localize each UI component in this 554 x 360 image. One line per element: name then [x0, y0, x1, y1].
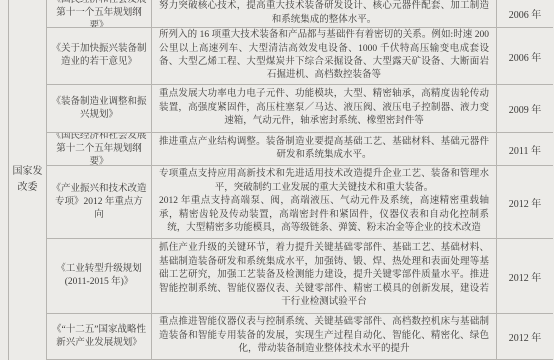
- policy-description: 专项重点支持应用高新技术和先进适用技术改造提升企业工艺、装备和管理水平，突破制约…: [151, 166, 497, 238]
- table-row: 《“十二五”国家战略性新兴产业发展规划》 重点推进智能仪器仪表与控制系统、关键基…: [47, 314, 553, 360]
- agency-cell: 国家发改委: [9, 0, 47, 360]
- description-paragraph: 重点发展大功率电力电子元件、功能模块，大型、精密轴承，高精度齿轮传动装置，高强度…: [159, 88, 489, 128]
- policy-description: 努力突破核心技术，提高重大技术装备研发设计、核心元器件配套、加工制造和系统集成的…: [151, 0, 497, 27]
- table-row: 《国民经济和社会发展第十一个五年规划纲要》 努力突破核心技术，提高重大技术装备研…: [47, 0, 553, 28]
- description-paragraph: 所列入的 16 项重大技术装备和产品都与基础件有着密切的关系。例如:时速 200…: [159, 29, 489, 83]
- description-paragraph: 抓住产业升级的关键环节，着力提升关键基础零部件、基础工艺、基础材料、基础制造装备…: [159, 242, 489, 309]
- policy-year: 2012 年: [497, 314, 553, 359]
- policy-year: 2012 年: [497, 166, 553, 238]
- table-row: 《产业振兴和技术改造专项》2012 年重点方向 专项重点支持应用高新技术和先进适…: [47, 166, 553, 239]
- policy-title: 《工业转型升级规划(2011-2015 年)》: [47, 239, 151, 313]
- policy-title: 《产业振兴和技术改造专项》2012 年重点方向: [47, 166, 151, 238]
- policy-description: 抓住产业升级的关键环节，着力提升关键基础零部件、基础工艺、基础材料、基础制造装备…: [151, 239, 497, 313]
- policy-year: 2006 年: [497, 28, 553, 84]
- policy-year: 2006 年: [497, 0, 553, 27]
- policy-description: 所列入的 16 项重大技术装备和产品都与基础件有着密切的关系。例如:时速 200…: [151, 28, 497, 84]
- policy-title: 《“十二五”国家战略性新兴产业发展规划》: [47, 314, 151, 359]
- description-paragraph: 推进重点产业结构调整。装备制造业要提高基础工艺、基础材料、基础元器件研发和系统集…: [159, 136, 489, 163]
- policy-description: 推进重点产业结构调整。装备制造业要提高基础工艺、基础材料、基础元器件研发和系统集…: [151, 133, 497, 165]
- table-row: 《装备制造业调整和振兴规划》 重点发展大功率电力电子元件、功能模块，大型、精密轴…: [47, 85, 553, 133]
- policy-title: 《关于加快振兴装备制造业的若干意见》: [47, 28, 151, 84]
- policy-table: 国家发改委 《国民经济和社会发展第十一个五年规划纲要》 努力突破核心技术，提高重…: [8, 0, 553, 360]
- description-paragraph: 专项重点支持应用高新技术和先进适用技术改造提升企业工艺、装备和管理水平，突破制约…: [159, 168, 489, 195]
- policy-title: 《装备制造业调整和振兴规划》: [47, 85, 151, 132]
- policy-rows: 《国民经济和社会发展第十一个五年规划纲要》 努力突破核心技术，提高重大技术装备研…: [47, 0, 553, 360]
- description-paragraph: 重点推进智能仪器仪表与控制系统、关键基础零部件、高档数控机床与基础制造装备和智能…: [159, 316, 489, 356]
- policy-description: 重点发展大功率电力电子元件、功能模块，大型、精密轴承，高精度齿轮传动装置，高强度…: [151, 85, 497, 132]
- policy-description: 重点推进智能仪器仪表与控制系统、关键基础零部件、高档数控机床与基础制造装备和智能…: [151, 314, 497, 359]
- table-row: 《工业转型升级规划(2011-2015 年)》 抓住产业升级的关键环节，着力提升…: [47, 239, 553, 314]
- description-paragraph: 努力突破核心技术，提高重大技术装备研发设计、核心元器件配套、加工制造和系统集成的…: [159, 0, 489, 27]
- description-paragraph: 2012 年重点支持高端泵、阀，高端液压、气动元件及系统，高速精密重载轴承，精密…: [159, 195, 489, 235]
- policy-year: 2012 年: [497, 239, 553, 313]
- policy-year: 2009 年: [497, 85, 553, 132]
- table-row: 《国民经济和社会发展第十二个五年规划纲要》 推进重点产业结构调整。装备制造业要提…: [47, 133, 553, 166]
- policy-year: 2011 年: [497, 133, 553, 165]
- policy-title: 《国民经济和社会发展第十二个五年规划纲要》: [47, 133, 151, 165]
- table-row: 《关于加快振兴装备制造业的若干意见》 所列入的 16 项重大技术装备和产品都与基…: [47, 28, 553, 85]
- policy-title: 《国民经济和社会发展第十一个五年规划纲要》: [47, 0, 151, 27]
